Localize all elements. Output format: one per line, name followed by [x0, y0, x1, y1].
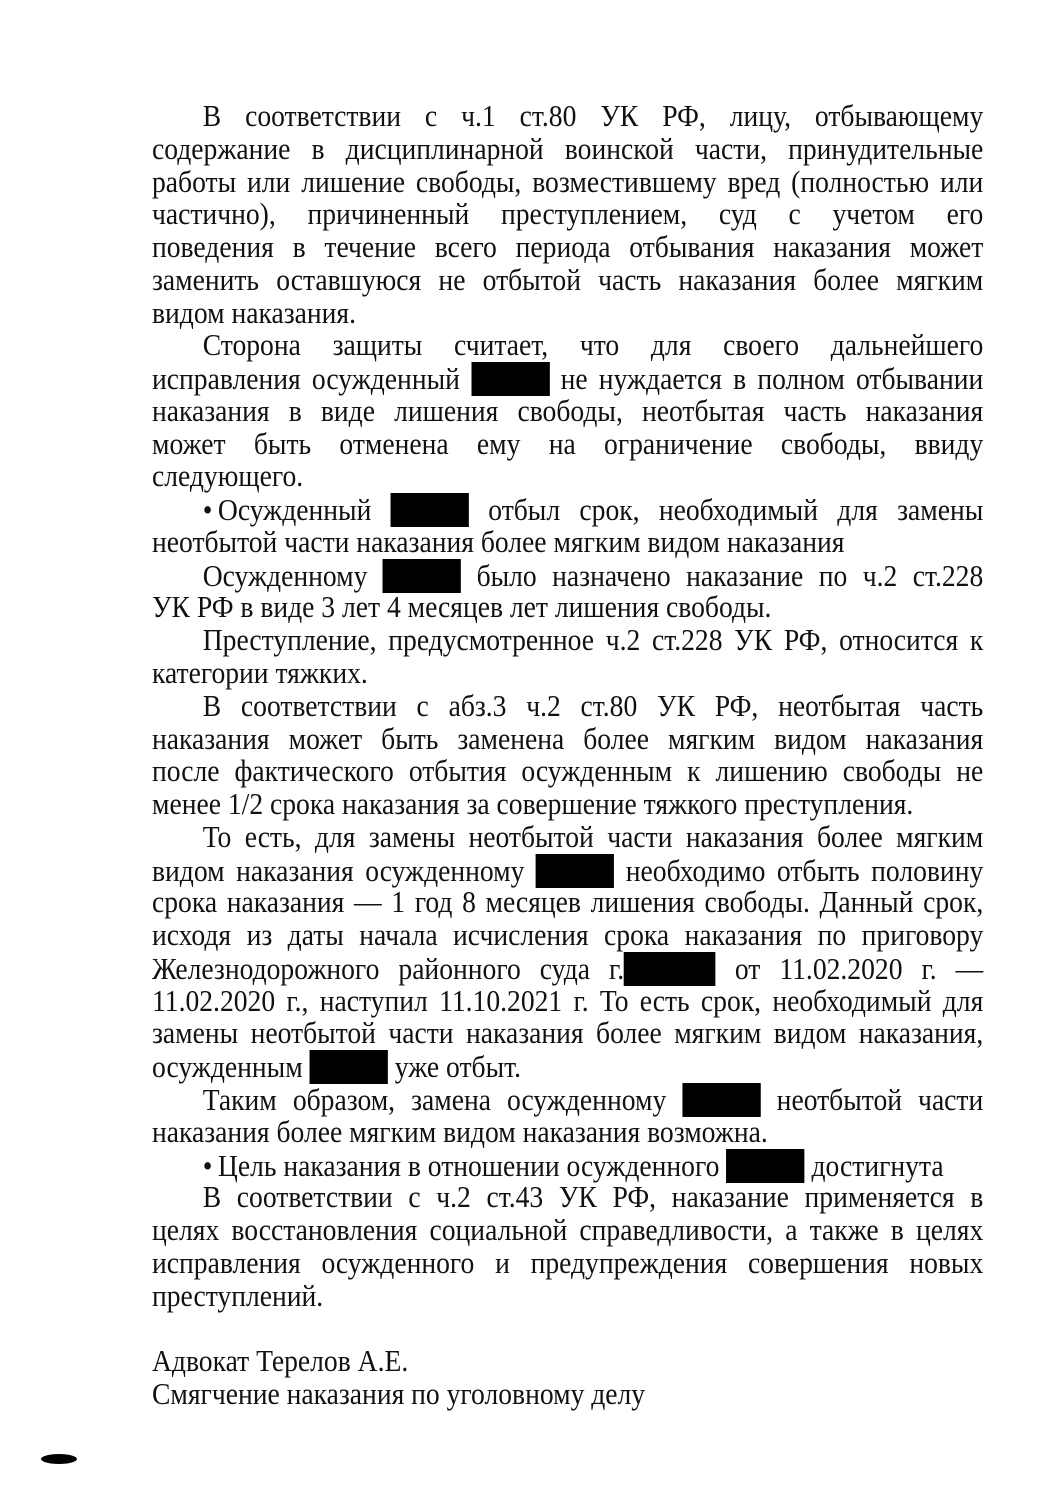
text-line: исправления осужденный не нуждается в по… [152, 362, 983, 395]
text-segment: исправления осужденный [152, 361, 471, 396]
text-segment: достигнута [805, 1148, 944, 1183]
text-line: Осужденному было назначено наказание по … [152, 559, 983, 592]
signature-subject: Смягчение наказания по уголовному делу [152, 1378, 983, 1411]
text-segment: Сторона защиты считает, что для своего д… [203, 327, 984, 362]
text-line: работы или лишение свободы, возместившем… [152, 166, 983, 199]
text-segment: было назначено наказание по ч.2 ст.228 [461, 558, 983, 593]
text-segment: менее 1/2 срока наказания за совершение … [152, 786, 913, 821]
redacted-name [682, 1083, 760, 1117]
text-segment: В соответствии с ч.1 ст.80 УК РФ, лицу, … [203, 98, 984, 133]
text-line: неотбытой части наказания более мягким в… [152, 526, 983, 559]
text-line: менее 1/2 срока наказания за совершение … [152, 788, 983, 821]
text-segment: • Осужденный [203, 492, 391, 527]
text-segment: уже отбыт. [388, 1049, 521, 1084]
bullet-item: • Цель наказания в отношении осужденного… [152, 1149, 983, 1182]
text-line: преступлений. [152, 1280, 983, 1313]
text-segment: срока наказания — 1 год 8 месяцев лишени… [152, 884, 983, 919]
text-line: Железнодорожного районного суда г. от 11… [152, 952, 983, 985]
redacted-city [624, 952, 716, 986]
redacted-name [391, 493, 469, 527]
redacted-name [310, 1050, 388, 1084]
text-segment: поведения в течение всего периода отбыва… [152, 229, 983, 264]
text-segment: отбыл срок, необходимый для замены [469, 492, 983, 527]
text-segment: содержание в дисциплинарной воинской час… [152, 131, 983, 166]
text-segment: не нуждается в полном отбывании [549, 361, 983, 396]
text-segment: • Цель наказания в отношении осужденного [203, 1148, 727, 1183]
text-line: заменить оставшуюся не отбытой часть нак… [152, 264, 983, 297]
redacted-name [536, 854, 614, 888]
text-segment: наказания в виде лишения свободы, неотбы… [152, 393, 983, 428]
text-line: видом наказания осужденному необходимо о… [152, 854, 983, 887]
text-line: наказания в виде лишения свободы, неотбы… [152, 395, 983, 428]
text-segment: следующего. [152, 458, 303, 493]
text-segment: В соответствии с ч.2 ст.43 УК РФ, наказа… [203, 1179, 984, 1214]
text-segment: видом наказания. [152, 295, 356, 330]
text-segment: исходя из даты начала исчисления срока н… [152, 917, 983, 952]
text-line: Преступление, предусмотренное ч.2 ст.228… [152, 624, 983, 657]
text-line: В соответствии с ч.2 ст.43 УК РФ, наказа… [152, 1181, 983, 1214]
text-segment: преступлений. [152, 1278, 323, 1313]
letter-body: В соответствии с ч.1 ст.80 УК РФ, лицу, … [152, 100, 983, 1411]
text-line: То есть, для замены неотбытой части нака… [152, 821, 983, 854]
text-segment: категории тяжких. [152, 655, 368, 690]
text-segment: Таким образом, замена осужденному [203, 1082, 683, 1117]
text-line: замены неотбытой части наказания более м… [152, 1017, 983, 1050]
text-line: срока наказания — 1 год 8 месяцев лишени… [152, 886, 983, 919]
text-segment: неотбытой части [761, 1082, 984, 1117]
text-line: исправления осужденного и предупреждения… [152, 1247, 983, 1280]
paragraph: Сторона защиты считает, что для своего д… [152, 329, 983, 493]
text-segment: Осужденному [203, 558, 383, 593]
signature-author: Адвокат Терелов А.Е. [152, 1345, 983, 1378]
text-line: 11.02.2020 г., наступил 11.10.2021 г. То… [152, 985, 983, 1018]
text-segment: от 11.02.2020 г. — [716, 951, 983, 986]
text-segment: наказания более мягким видом наказания в… [152, 1114, 768, 1149]
text-segment: наказания может быть заменена более мягк… [152, 721, 983, 756]
text-segment: может быть отменена ему на ограничение с… [152, 426, 983, 461]
text-segment: В соответствии с абз.3 ч.2 ст.80 УК РФ, … [203, 688, 984, 723]
document-page: В соответствии с ч.1 ст.80 УК РФ, лицу, … [0, 0, 1061, 1500]
body-paragraphs: В соответствии с ч.1 ст.80 УК РФ, лицу, … [152, 100, 983, 1312]
text-line: частично), причиненный преступлением, су… [152, 198, 983, 231]
text-segment: заменить оставшуюся не отбытой часть нак… [152, 262, 983, 297]
text-segment: частично), причиненный преступлением, су… [152, 196, 983, 231]
text-line: исходя из даты начала исчисления срока н… [152, 919, 983, 952]
redacted-name [471, 362, 549, 396]
text-segment: после фактического отбытия осужденным к … [152, 753, 983, 788]
text-segment: УК РФ в виде 3 лет 4 месяцев лет лишения… [152, 589, 771, 624]
signature-block: Адвокат Терелов А.Е. Смягчение наказания… [152, 1345, 983, 1411]
text-line: категории тяжких. [152, 657, 983, 690]
text-segment: неотбытой части наказания более мягким в… [152, 524, 845, 559]
text-line: наказания более мягким видом наказания в… [152, 1116, 983, 1149]
text-line: Сторона защиты считает, что для своего д… [152, 329, 983, 362]
text-segment: осужденным [152, 1049, 310, 1084]
text-line: следующего. [152, 460, 983, 493]
text-segment: То есть, для замены неотбытой части нака… [203, 819, 984, 854]
text-line: может быть отменена ему на ограничение с… [152, 428, 983, 461]
text-line: поведения в течение всего периода отбыва… [152, 231, 983, 264]
text-segment: 11.02.2020 г., наступил 11.10.2021 г. То… [152, 983, 983, 1018]
text-segment: видом наказания осужденному [152, 853, 536, 888]
text-segment: необходимо отбыть половину [614, 853, 983, 888]
bullet-item: • Осужденный отбыл срок, необходимый для… [152, 493, 983, 559]
text-line: после фактического отбытия осужденным к … [152, 755, 983, 788]
text-segment: работы или лишение свободы, возместившем… [152, 164, 983, 199]
text-segment: Преступление, предусмотренное ч.2 ст.228… [203, 622, 984, 657]
text-line: осужденным уже отбыт. [152, 1050, 983, 1083]
text-line: целях восстановления социальной справедл… [152, 1214, 983, 1247]
text-line: В соответствии с абз.3 ч.2 ст.80 УК РФ, … [152, 690, 983, 723]
text-line: содержание в дисциплинарной воинской час… [152, 133, 983, 166]
scan-artifact-mark [41, 1454, 77, 1464]
paragraph: То есть, для замены неотбытой части нака… [152, 821, 983, 1083]
paragraph: Преступление, предусмотренное ч.2 ст.228… [152, 624, 983, 690]
text-segment: замены неотбытой части наказания более м… [152, 1015, 983, 1050]
text-line: УК РФ в виде 3 лет 4 месяцев лет лишения… [152, 591, 983, 624]
paragraph: Таким образом, замена осужденному неотбы… [152, 1083, 983, 1149]
redacted-name [383, 559, 461, 593]
paragraph: В соответствии с абз.3 ч.2 ст.80 УК РФ, … [152, 690, 983, 821]
text-line: • Цель наказания в отношении осужденного… [152, 1149, 983, 1182]
text-segment: Железнодорожного районного суда г. [152, 951, 624, 986]
text-line: В соответствии с ч.1 ст.80 УК РФ, лицу, … [152, 100, 983, 133]
text-line: видом наказания. [152, 297, 983, 330]
redacted-name [726, 1149, 804, 1183]
text-line: Таким образом, замена осужденному неотбы… [152, 1083, 983, 1116]
text-segment: целях восстановления социальной справедл… [152, 1212, 983, 1247]
text-line: наказания может быть заменена более мягк… [152, 723, 983, 756]
text-line: • Осужденный отбыл срок, необходимый для… [152, 493, 983, 526]
paragraph: Осужденному было назначено наказание по … [152, 559, 983, 625]
text-segment: исправления осужденного и предупреждения… [152, 1245, 983, 1280]
paragraph: В соответствии с ч.1 ст.80 УК РФ, лицу, … [152, 100, 983, 329]
paragraph: В соответствии с ч.2 ст.43 УК РФ, наказа… [152, 1181, 983, 1312]
